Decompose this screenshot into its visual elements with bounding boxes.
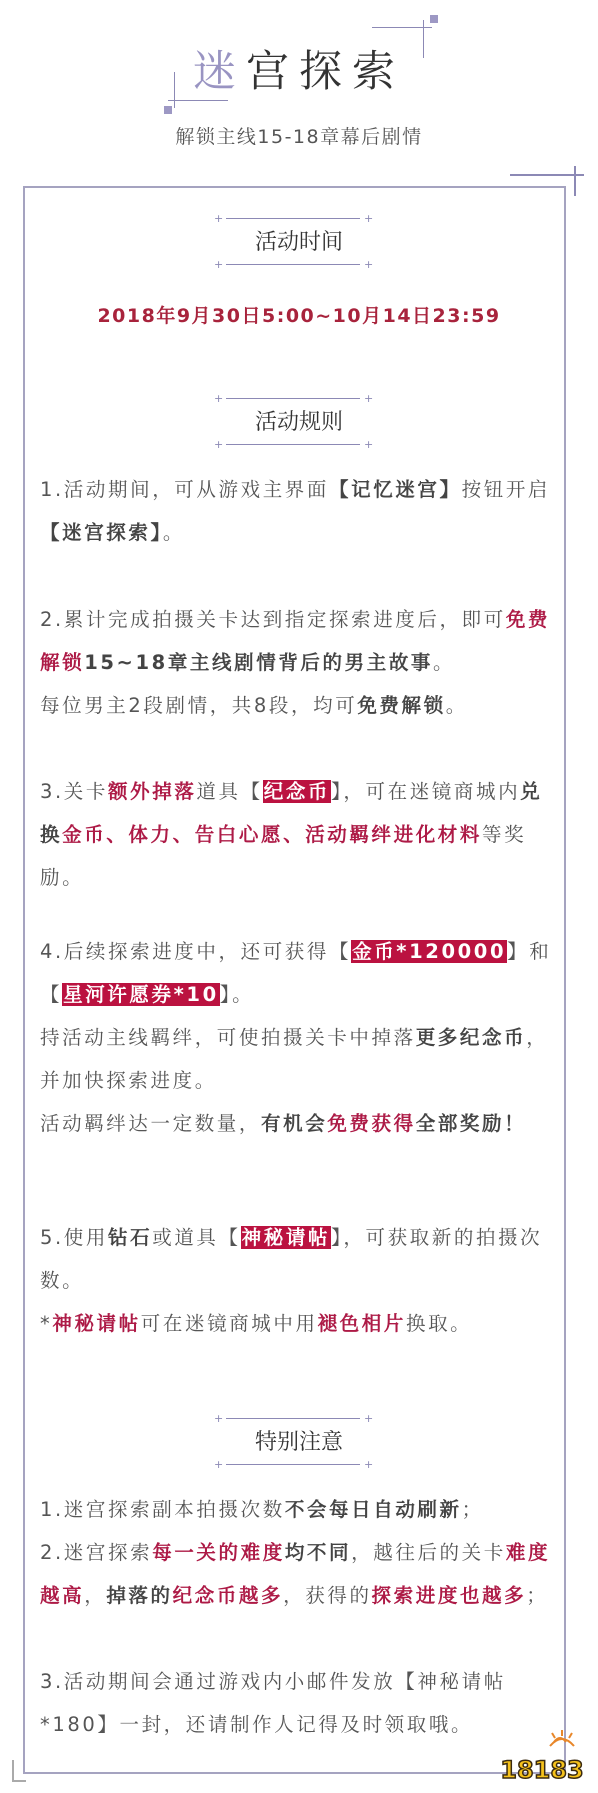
event-date-range: 2018年9月30日5:00~10月14日23:59 — [0, 301, 598, 328]
plus-icon: + — [214, 1459, 223, 1470]
note-3: 3.活动期间会通过游戏内小邮件发放【神秘请帖*180】一封，还请制作人记得及时领… — [40, 1660, 560, 1746]
divider — [226, 1418, 360, 1419]
decor-square — [164, 106, 172, 114]
divider — [226, 444, 360, 445]
note-2: 2.迷宫探索每一关的难度均不同，越往后的关卡难度越高，掉落的纪念币越多，获得的探… — [40, 1531, 560, 1617]
plus-icon: + — [214, 1413, 223, 1424]
plus-icon: + — [364, 259, 373, 270]
plus-icon: + — [214, 259, 223, 270]
section-heading-time: + + 活动时间 + + — [0, 213, 598, 263]
decor-square — [430, 15, 438, 23]
highlight-gold: 金币*120000 — [351, 940, 507, 963]
note-1: 1.迷宫探索副本拍摄次数不会每日自动刷新； — [40, 1488, 560, 1531]
page-subtitle: 解锁主线15-18章幕后剧情 — [0, 122, 598, 149]
plus-icon: + — [364, 213, 373, 224]
page-title: 迷宫探索 — [0, 38, 598, 99]
section-heading-rules: + + 活动规则 + + — [0, 393, 598, 443]
divider — [226, 264, 360, 265]
plus-icon: + — [364, 439, 373, 450]
divider — [226, 218, 360, 219]
section-title: 活动时间 — [0, 225, 598, 256]
plus-icon: + — [214, 439, 223, 450]
decor-line — [510, 174, 584, 176]
rule-1: 1.活动期间，可从游戏主界面【记忆迷宫】按钮开启【迷宫探索】。 — [40, 468, 560, 554]
section-title: 活动规则 — [0, 405, 598, 436]
page-header: 迷宫探索 解锁主线15-18章幕后剧情 — [0, 0, 598, 150]
divider — [226, 398, 360, 399]
highlight-wish-ticket: 星河许愿券*10 — [62, 983, 220, 1006]
rule-3: 3.关卡额外掉落道具【纪念币】，可在迷镜商城内兑换金币、体力、告白心愿、活动羁绊… — [40, 770, 560, 899]
plus-icon: + — [214, 213, 223, 224]
plus-icon: + — [214, 393, 223, 404]
svg-text:18183: 18183 — [500, 1756, 584, 1784]
plus-icon: + — [364, 1459, 373, 1470]
section-heading-notes: + + 特别注意 + + — [0, 1413, 598, 1463]
plus-icon: + — [364, 1413, 373, 1424]
highlight-memorial-coin: 纪念币 — [263, 780, 331, 803]
plus-icon: + — [364, 393, 373, 404]
decor-line — [574, 166, 576, 196]
section-title: 特别注意 — [0, 1425, 598, 1456]
decor-line — [12, 1780, 26, 1782]
watermark-logo: 18183 — [496, 1728, 588, 1786]
rule-2: 2.累计完成拍摄关卡达到指定探索进度后，即可免费解锁15~18章主线剧情背后的男… — [40, 598, 560, 727]
rule-4: 4.后续探索进度中，还可获得【金币*120000】和【星河许愿券*10】。 持活… — [40, 930, 560, 1145]
rule-5: 5.使用钻石或道具【神秘请帖】，可获取新的拍摄次数。 *神秘请帖可在迷镜商城中用… — [40, 1216, 560, 1345]
highlight-mystery-invite: 神秘请帖 — [241, 1226, 331, 1249]
decor-line — [12, 1760, 14, 1782]
divider — [226, 1464, 360, 1465]
decor-line — [168, 100, 228, 101]
